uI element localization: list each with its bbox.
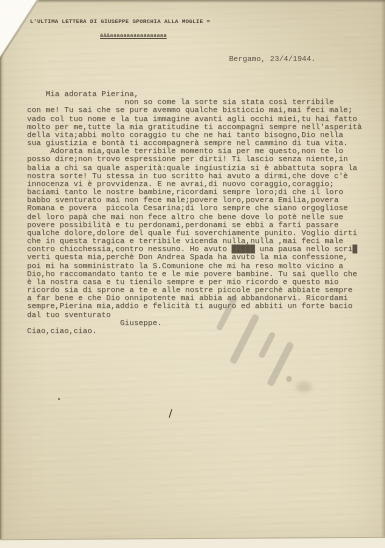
letter-line: vado col tuo nome e la tua immagine avan… bbox=[27, 116, 362, 124]
letter-line: della vita;abbi molto coraggio tu che ne… bbox=[27, 132, 362, 140]
letter-postscript: Ciao,ciao,ciao. bbox=[27, 328, 362, 336]
letter-line: Dio,ho raccomandato tanto te e le mie po… bbox=[27, 271, 362, 279]
letter-line: Romana e povera piccola Cesarina;di loro… bbox=[27, 205, 362, 213]
scanned-letter-page: L'ULTIMA LETTERA DI GIUSEPPE SPORCHIA AL… bbox=[0, 0, 385, 548]
letter-line: con me! Tu sai che se pure avemmo qualch… bbox=[27, 107, 362, 115]
paper-edge-right bbox=[381, 0, 385, 548]
letter-signature: Giuseppe. bbox=[27, 320, 362, 328]
letter-line: molto per me,tutte la mia gratitudine ti… bbox=[27, 124, 362, 132]
letter-body: Mia adorata Pierina, non so come la sort… bbox=[27, 91, 362, 336]
letter-line: sua giustizia e bontà ti accompagnerà se… bbox=[27, 140, 362, 148]
letter-title: L'ULTIMA LETTERA DI GIUSEPPE SPORCHIA AL… bbox=[30, 18, 210, 25]
letter-line: del loro papà che mai non fece altro che… bbox=[27, 214, 362, 222]
letter-line: è la nostra casa e tu tienilo sempre e p… bbox=[27, 279, 362, 287]
letter-line: balia a chi sa quale asperità:quale ingi… bbox=[27, 165, 362, 173]
paper-edge-bottom bbox=[0, 537, 385, 548]
letter-title-underline: &&&aaaaaaaaaaaaaaaaa bbox=[100, 33, 167, 39]
watermark-dot bbox=[286, 376, 292, 382]
letter-line: qualche dolore,dolore del quale fui sove… bbox=[27, 230, 362, 238]
letter-line: poi mi ha somministrato la S.Comunione c… bbox=[27, 263, 362, 271]
ink-speck-slash bbox=[169, 409, 173, 418]
letter-line: verti questa mia,perchè Don Andrea Spada… bbox=[27, 254, 362, 262]
ink-speck-dot bbox=[58, 398, 60, 400]
letter-body-lines: non so come la sorte sia stata così terr… bbox=[27, 99, 362, 320]
letter-line: nostra sorte! Tu stessa in tuo scritto h… bbox=[27, 173, 362, 181]
letter-line: sempre,Pierina mia,addio e felicità ti a… bbox=[27, 303, 362, 311]
letter-line: innocenza vi è provvidenza. E ne avrai,d… bbox=[27, 181, 362, 189]
letter-line: dal tuo sventurato bbox=[27, 312, 362, 320]
letter-line: povere possibilità e tu perdonami,perdon… bbox=[27, 222, 362, 230]
letter-dateline: Bergamo, 23/4/1944. bbox=[229, 56, 316, 64]
paper-edge-left bbox=[0, 0, 4, 548]
letter-salutation: Mia adorata Pierina, bbox=[27, 91, 362, 99]
paper-smudge bbox=[296, 382, 312, 392]
letter-line: posso dire;non trovo espressione per dir… bbox=[27, 156, 362, 164]
letter-line: baciami tanto le nostre bambine,ricordam… bbox=[27, 189, 362, 197]
paper-edge-top bbox=[0, 0, 385, 3]
